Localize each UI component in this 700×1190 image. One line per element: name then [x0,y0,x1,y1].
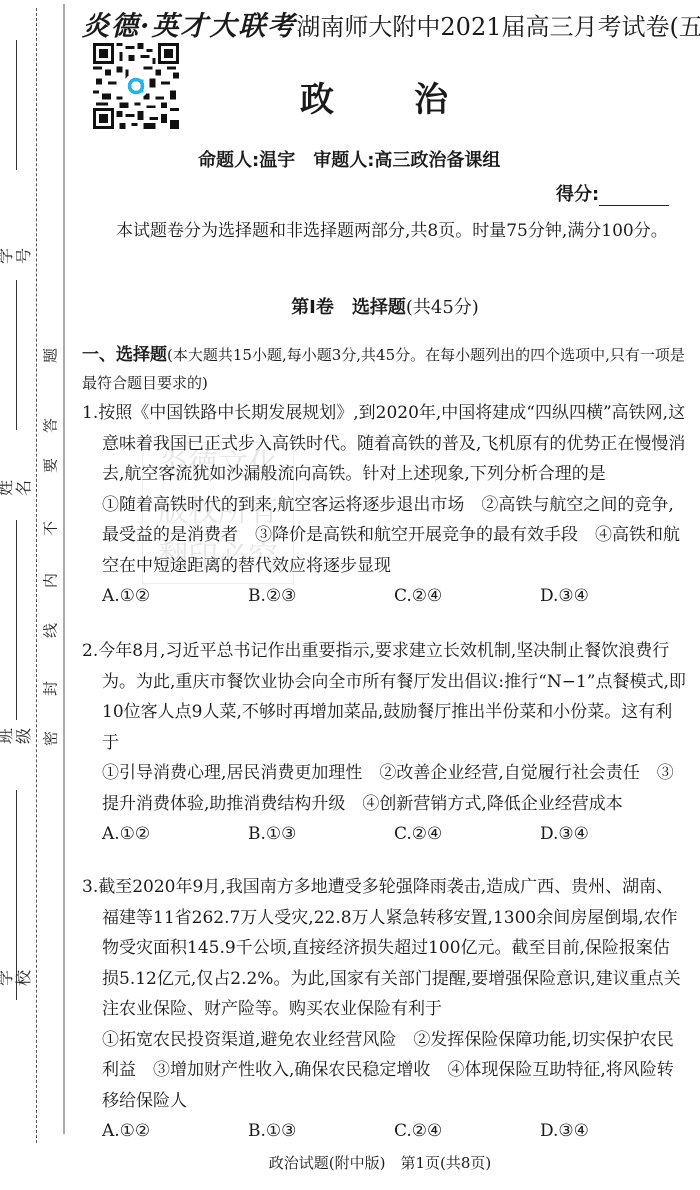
score-label: 得分: [556,184,599,205]
exam-instructions: 本试题卷分为选择题和非选择题两部分,共8页。时量75分钟,满分100分。 [82,215,682,247]
choice-b[interactable]: B.②③ [248,581,394,612]
seal-char: 要 [40,455,60,476]
subject-title: 政治 [300,72,528,121]
section-title: 第Ⅰ卷 选择题(共45分) [0,293,700,319]
seal-char: 线 [40,620,60,641]
part-heading-instructions: (本大题共15小题,每小题3分,共45分。在每小题列出的四个选项中,只有一项是最… [82,346,685,392]
question-statements: ①拓宽农民投资渠道,避免农业经营风险 ②发挥保险保障功能,切实保护农民利益 ③增… [82,1025,686,1117]
choice-d[interactable]: D.③④ [540,581,686,612]
question-stem: 2.今年8月,习近平总书记作出重要指示,要求建立长效机制,坚决制止餐饮浪费行为。… [82,636,686,758]
seal-char: 题 [40,345,60,366]
question-3: 3.截至2020年9月,我国南方多地遭受多轮强降雨袭击,造成广西、贵州、湖南、福… [82,872,686,1147]
student-number-blank [16,40,17,170]
question-1: 1.按照《中国铁路中长期发展规划》,到2020年,中国将建成“四纵四横”高铁网,… [82,398,686,612]
name-label: 姓名 [4,470,26,506]
part-heading-title: 一、选择题 [82,345,167,365]
seal-char: 密 [40,728,60,749]
seal-char: 内 [40,570,60,591]
choice-d[interactable]: D.③④ [540,1116,686,1147]
authors-line: 命题人:温宇 审题人:高三政治备课组 [198,146,500,172]
margin-rule [63,4,65,1134]
page-footer: 政治试题(附中版) 第1页(共8页) [0,1152,700,1173]
choice-c[interactable]: C.②④ [394,819,540,850]
exam-header: 炎德·英才大联考湖南师大附中2021届高三月考试卷(五) [82,4,700,43]
brand-name: 炎德·英才大联考 [82,11,296,42]
question-stem: 1.按照《中国铁路中长期发展规划》,到2020年,中国将建成“四纵四横”高铁网,… [82,398,686,490]
class-label: 班级 [4,718,26,754]
answer-choices: A.①② B.①③ C.②④ D.③④ [82,1116,686,1147]
part-heading: 一、选择题(本大题共15小题,每小题3分,共45分。在每小题列出的四个选项中,只… [82,341,686,397]
choice-c[interactable]: C.②④ [394,1116,540,1147]
qr-code-icon[interactable] [93,43,179,129]
score-field: 得分: [556,180,669,206]
seal-char: 不 [40,518,60,539]
binding-margin: 学号 姓名 班级 学校 题 答 要 不 内 线 封 密 [0,0,66,1190]
question-statements: ①引导消费心理,居民消费更加理性 ②改善企业经营,自觉履行社会责任 ③提升消费体… [82,758,686,819]
choice-b[interactable]: B.①③ [248,819,394,850]
seal-char: 答 [40,415,60,436]
choice-a[interactable]: A.①② [102,819,248,850]
section-title-main: 第Ⅰ卷 选择题 [291,297,406,318]
question-statements: ①随着高铁时代的到来,航空客运将逐步退出市场 ②高铁与航空之间的竞争,最受益的是… [82,490,686,582]
seal-char: 封 [40,678,60,699]
school-label: 学校 [4,960,26,996]
choice-d[interactable]: D.③④ [540,819,686,850]
exam-title: 湖南师大附中2021届高三月考试卷(五) [296,13,700,41]
question-stem: 3.截至2020年9月,我国南方多地遭受多轮强降雨袭击,造成广西、贵州、湖南、福… [82,872,686,1025]
question-2: 2.今年8月,习近平总书记作出重要指示,要求建立长效机制,坚决制止餐饮浪费行为。… [82,636,686,850]
choice-b[interactable]: B.①③ [248,1116,394,1147]
choice-c[interactable]: C.②④ [394,581,540,612]
choice-a[interactable]: A.①② [102,581,248,612]
student-number-label: 学号 [4,238,26,274]
section-title-points: (共45分) [406,297,479,318]
class-blank-top [16,520,17,720]
score-blank[interactable] [599,187,669,206]
choice-a[interactable]: A.①② [102,1116,248,1147]
answer-choices: A.①② B.②③ C.②④ D.③④ [82,581,686,612]
seal-dotted-line [36,8,37,1143]
answer-choices: A.①② B.①③ C.②④ D.③④ [82,819,686,850]
